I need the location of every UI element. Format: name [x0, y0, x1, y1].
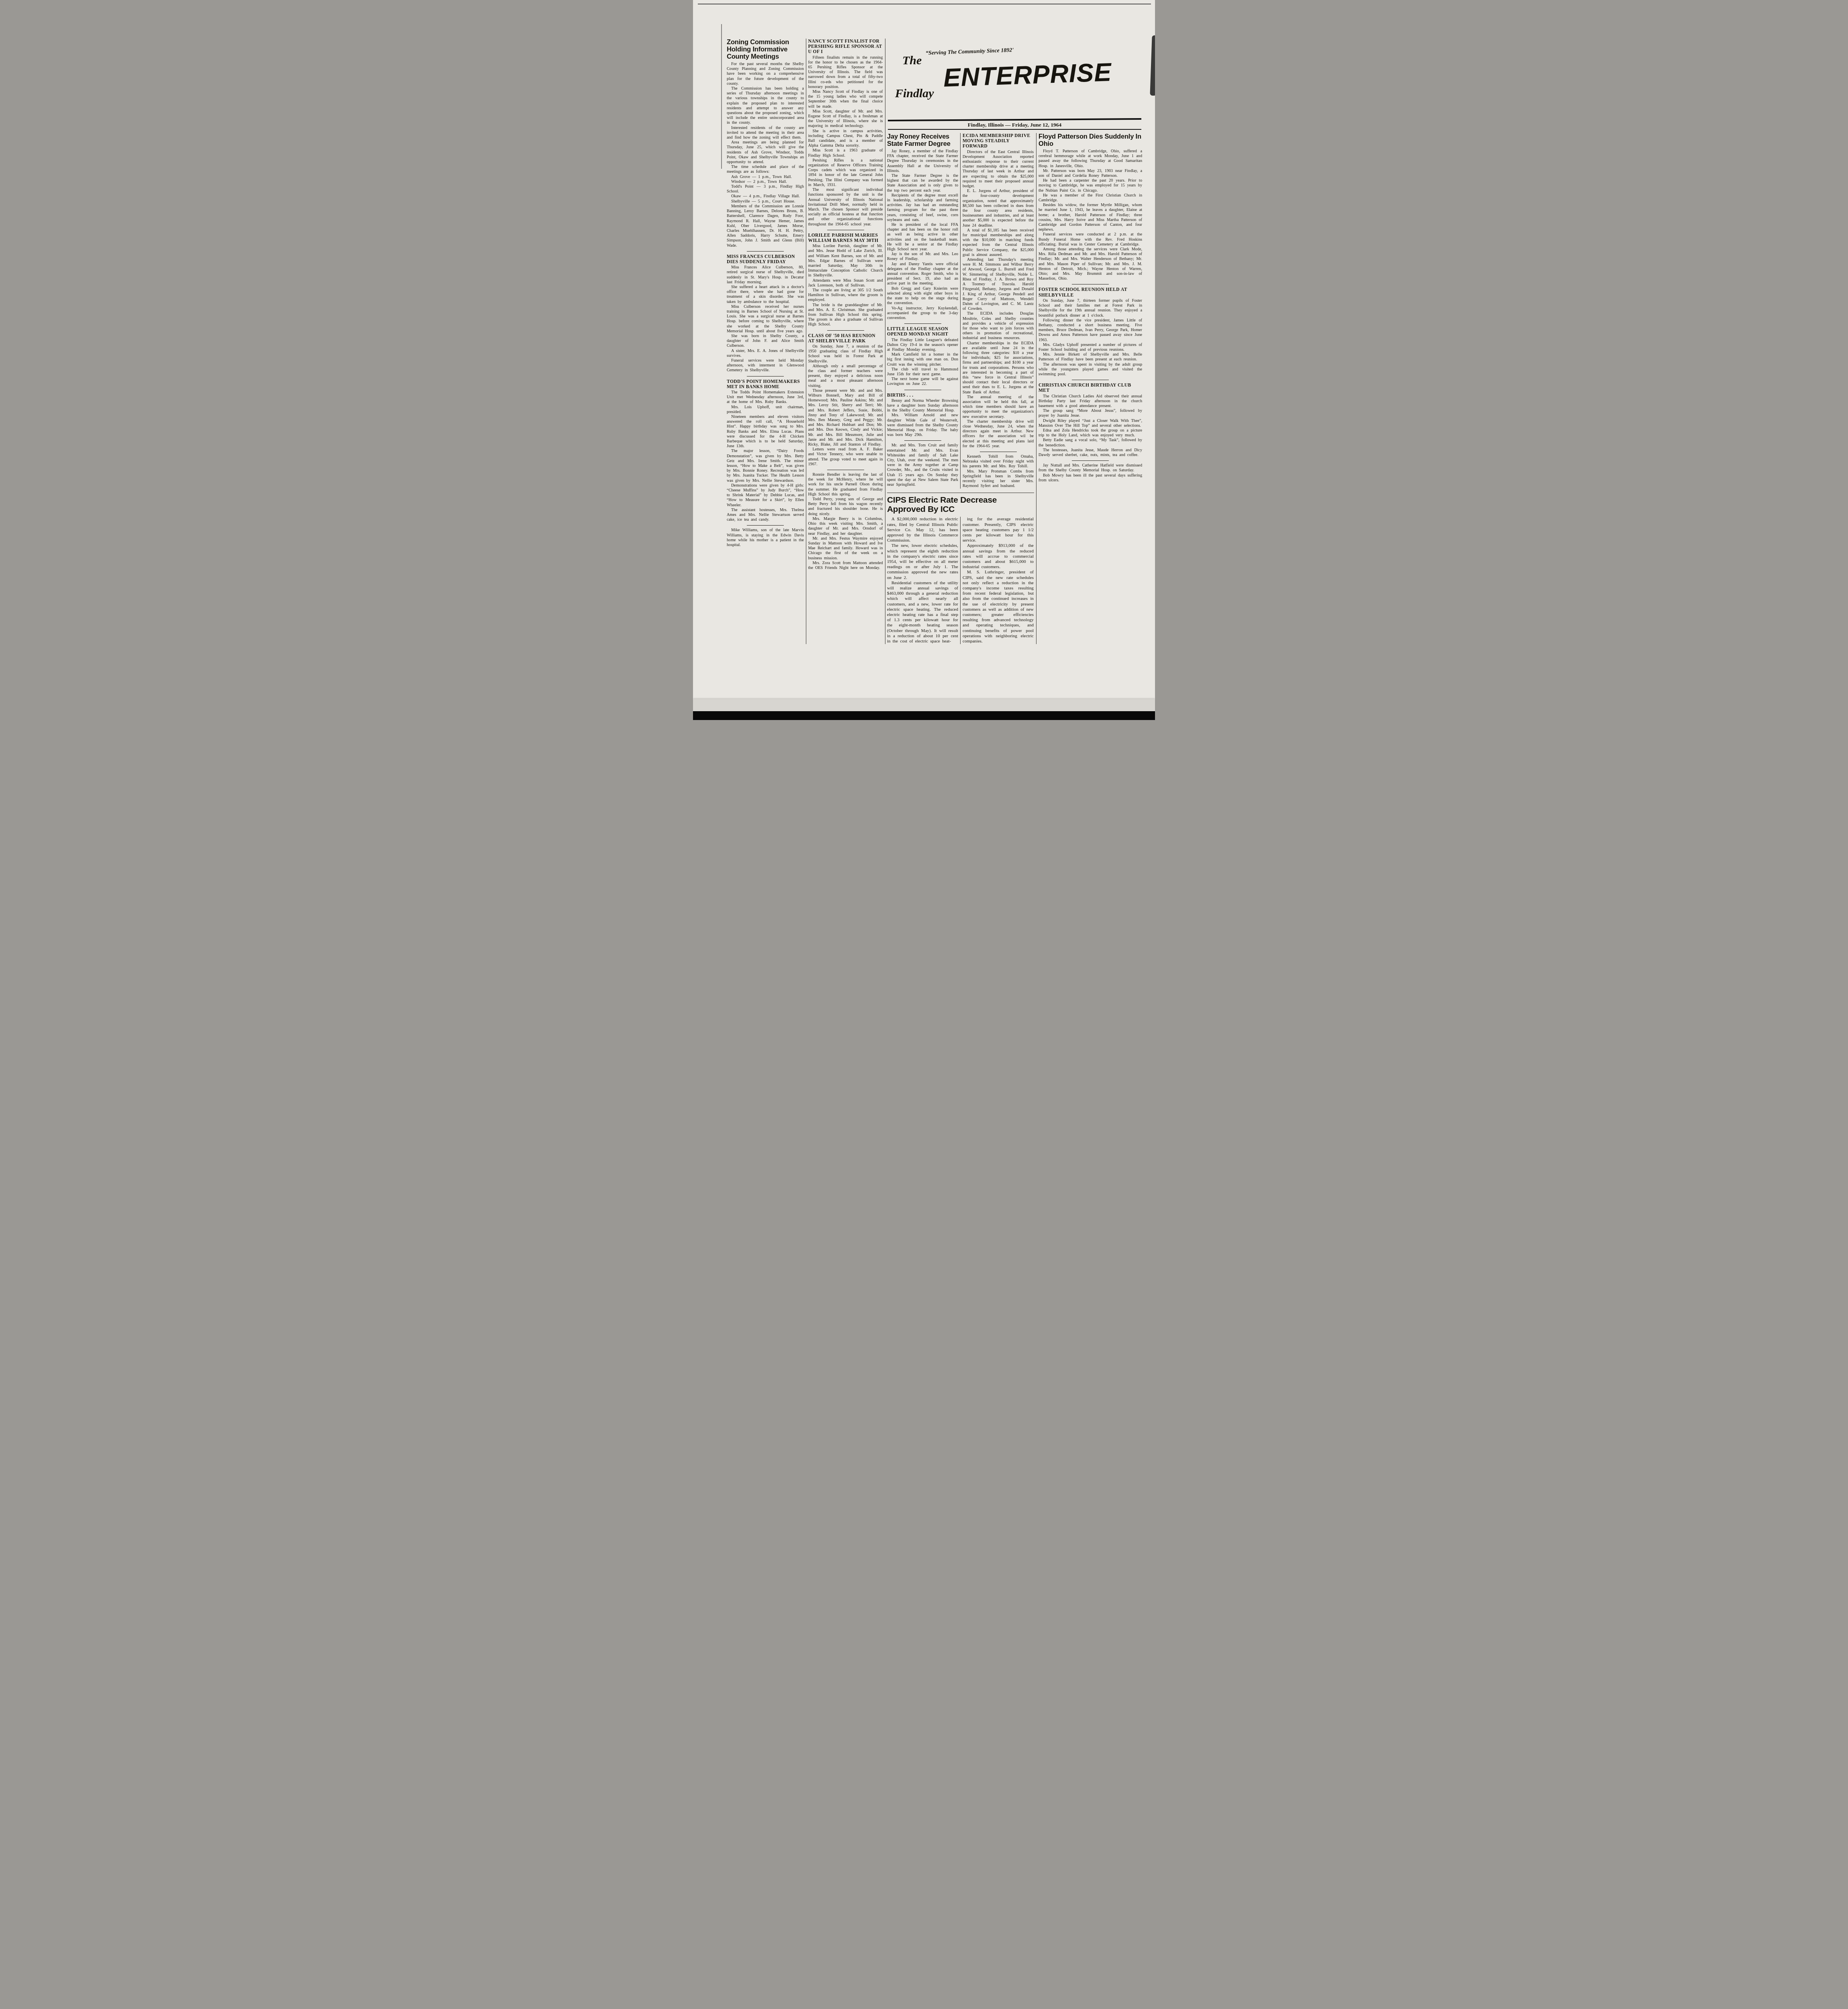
article-paragraph: She suffered a heart attack in a doctor'… [727, 285, 804, 305]
masthead-the: The [902, 54, 922, 68]
article: CHRISTIAN CHURCH BIRTHDAY CLUB METThe Ch… [1038, 383, 1142, 458]
article-paragraph: The Commission has been holding a series… [727, 86, 804, 126]
article-paragraph: She is active in campus activities, incl… [808, 129, 883, 149]
article-paragraph: Nineteen members and eleven visitors ans… [727, 415, 804, 449]
article-paragraph: E. L. Jurgens of Arthur, president of th… [963, 189, 1034, 228]
article-paragraph: Miss Lorilee Parrish, daughter of Mr. an… [808, 244, 883, 278]
cips-column-right: ing for the average residential customer… [963, 517, 1034, 644]
article: LITTLE LEAGUE SEASON OPENED MONDAY NIGHT… [887, 326, 958, 387]
scan-bottom-strip [693, 699, 1155, 711]
article-paragraph: Miss Nancy Scott of Findlay is one of th… [808, 90, 883, 109]
article-paragraph: For the past several months the Shelby C… [727, 62, 804, 86]
article-paragraph: Bob Gregg and Gary Knierim were selected… [887, 286, 958, 306]
article-paragraph: Mrs. Zora Scott from Mattoon attended th… [808, 561, 883, 571]
center-columns-row: Jay Roney Receives State Farmer DegreeJa… [887, 133, 1034, 489]
article: CLASS OF '50 HAS REUNION AT SHELBYVILLE … [808, 333, 883, 467]
scan-corner-smudge [1150, 35, 1155, 96]
right-columns: Jay Roney Receives State Farmer DegreeJa… [887, 133, 1142, 644]
cips-columns: A $2,000,000 reduction in electric rates… [887, 517, 1034, 644]
masthead-slogan: “Serving The Community Since 1892' [926, 46, 1046, 57]
article-paragraph: Among those attending the services were … [1038, 247, 1142, 281]
column-4: ECIDA MEMBERSHIP DRIVE MOVING STEADILY F… [963, 133, 1034, 489]
article: LORILEE PARRISH MARRIES WILLIAM BARNES M… [808, 233, 883, 327]
article-paragraph: Mike Williams, son of the late Marvin Wi… [727, 528, 804, 548]
article-separator [904, 390, 941, 390]
masthead-title: ENTERPRISE [943, 56, 1141, 92]
news-brief: A $2,000,000 reduction in electric rates… [887, 517, 958, 644]
article-headline: TODD'S POINT HOMEMAKERS MET IN BANKS HOM… [727, 379, 804, 389]
article-paragraph: Mrs. Margie Beery is in Columbus, Ohio t… [808, 517, 883, 536]
article-paragraph: Miss Scott, daughter of Mr. and Mrs. Eug… [808, 109, 883, 129]
article-paragraph: Bob Mowry has been ill the past several … [1038, 473, 1142, 483]
article-paragraph: Jay Nuttall and Mrs. Catherine Hatfield … [1038, 463, 1142, 473]
article-paragraph: Dwight Riley played “Just a Closer Walk … [1038, 419, 1142, 428]
article-paragraph: Vo-Ag instructor, Jerry Kuykendall, acco… [887, 306, 958, 321]
article-headline: Floyd Patterson Dies Suddenly In Ohio [1038, 133, 1142, 147]
article-paragraph: She was born in Shelby County, a daughte… [727, 334, 804, 349]
column-2: NANCY SCOTT FINALIST FOR PERSHING RIFLE … [808, 39, 883, 644]
masthead: “Serving The Community Since 1892' The F… [887, 39, 1142, 119]
article-paragraph: A total of $1,185 has been received for … [963, 228, 1034, 258]
article-paragraph: Ash Grove — 1 p.m., Town Hall. [727, 175, 804, 180]
article-paragraph: Ronnie Bendler is leaving the last of th… [808, 473, 883, 497]
article-paragraph: The next home game will be against Lovin… [887, 377, 958, 387]
article: Zoning Commission Holding Informative Co… [727, 39, 804, 248]
news-brief: Jay Nuttall and Mrs. Catherine Hatfield … [1038, 463, 1142, 483]
article: TODD'S POINT HOMEMAKERS MET IN BANKS HOM… [727, 379, 804, 523]
article-paragraph: The couple are living at 305 1/2 South H… [808, 288, 883, 303]
article-paragraph: The new, lower electric schedules, which… [887, 543, 958, 580]
article-paragraph: Benny and Norma Wheeler Browning have a … [887, 399, 958, 413]
article-headline: CLASS OF '50 HAS REUNION AT SHELBYVILLE … [808, 333, 883, 344]
article-separator [827, 330, 864, 331]
cips-article: CIPS Electric Rate Decrease Approved By … [887, 493, 1034, 644]
article-separator [747, 251, 784, 252]
article-paragraph: Approximately $913,000 of the annual sav… [963, 543, 1034, 570]
article-paragraph: Those present were Mr. and and Mrs. Wilb… [808, 389, 883, 447]
article-paragraph: Kenneth Tohill from Omaha, Nebraska visi… [963, 454, 1034, 469]
news-brief: Mike Williams, son of the late Marvin Wi… [727, 528, 804, 548]
article-paragraph: On Sunday, June 7, thirteen former pupil… [1038, 299, 1142, 318]
article-paragraph: Mrs. Mary Protsman Combs from Springfiel… [963, 469, 1034, 489]
column-divider [1036, 133, 1036, 644]
article: NANCY SCOTT FINALIST FOR PERSHING RIFLE … [808, 39, 883, 227]
article-headline: BIRTHS . . . [887, 393, 958, 398]
article-paragraph: He was a member of the First Christian C… [1038, 193, 1142, 203]
news-brief: ing for the average residential customer… [963, 517, 1034, 644]
article-headline: ECIDA MEMBERSHIP DRIVE MOVING STEADILY F… [963, 133, 1034, 149]
scan-bottom-band [693, 711, 1155, 720]
column-divider [960, 517, 961, 644]
article-paragraph: Mark Camfield hit a homer in the big fir… [887, 352, 958, 367]
article-paragraph: Interested residents of the county are i… [727, 126, 804, 141]
article-paragraph: The Christian Church Ladies Aid observed… [1038, 394, 1142, 409]
article-paragraph: Letters were read from A. F. Baker and V… [808, 447, 883, 467]
article-paragraph: Demonstrations were given by 4-H girls: … [727, 483, 804, 508]
right-region: “Serving The Community Since 1892' The F… [887, 39, 1142, 644]
article-paragraph: The Todds Point Homemakers Extension Uni… [727, 390, 804, 405]
article-paragraph: The hostesses, Juanita Jesse, Maude Herr… [1038, 448, 1142, 458]
article: MISS FRANCES CULBERSON DIES SUDDENLY FRI… [727, 254, 804, 373]
article-paragraph: Directors of the East Central Illinois D… [963, 150, 1034, 189]
article: ECIDA MEMBERSHIP DRIVE MOVING STEADILY F… [963, 133, 1034, 449]
column-divider [806, 39, 806, 644]
article-separator [980, 452, 1017, 452]
article-paragraph: The major lesson, “Dairy Foods Demonstat… [727, 449, 804, 483]
article-paragraph: Shelbyville — 5 p.m., Court House. [727, 199, 804, 204]
article-paragraph: Todd Perry, young son of George and Bett… [808, 497, 883, 517]
article-paragraph: Mrs. Lois Uphoff, unit chairman, preside… [727, 405, 804, 415]
article-paragraph: Members of the Commission are Lonnie Ban… [727, 204, 804, 248]
article-paragraph: The group sang “More About Jesus”, follo… [1038, 409, 1142, 418]
article-paragraph: On Sunday, June 7, a reunion of the 1950… [808, 344, 883, 364]
column-1: Zoning Commission Holding Informative Co… [727, 39, 804, 644]
article-paragraph: Recipients of the degree must excell in … [887, 193, 958, 223]
article-paragraph: Mrs. Gladys Uphoff presented a number of… [1038, 343, 1142, 352]
newspaper-page: Zoning Commission Holding Informative Co… [693, 0, 1155, 720]
article-paragraph: The time schedule and place of the meeti… [727, 165, 804, 174]
news-brief: Mr. and Mrs. Tom Cruit and family entert… [887, 443, 958, 487]
article-paragraph: Pershing Rifles is a national organizati… [808, 158, 883, 188]
article-paragraph: Mr. and Mrs. Tom Cruit and family entert… [887, 443, 958, 487]
news-brief: Kenneth Tohill from Omaha, Nebraska visi… [963, 454, 1034, 489]
article-paragraph: The Findlay Little Leaguer's defeated Da… [887, 338, 958, 353]
article-separator [747, 525, 784, 526]
article-paragraph: Fifteen finalists remain in the running … [808, 55, 883, 90]
article-headline: NANCY SCOTT FINALIST FOR PERSHING RIFLE … [808, 39, 883, 55]
article-paragraph: He is president of the local FFA chapter… [887, 223, 958, 252]
article-separator [827, 230, 864, 230]
cips-headline: CIPS Electric Rate Decrease Approved By … [887, 495, 1034, 514]
dateline: Findlay, Illinois — Friday, June 12, 196… [887, 122, 1142, 128]
article-paragraph: Edna and Zola Hendricks took the group o… [1038, 428, 1142, 438]
article-separator [1072, 284, 1109, 284]
article-paragraph: Funeral services were conducted at 2 p.m… [1038, 232, 1142, 247]
page-content: Zoning Commission Holding Informative Co… [727, 39, 1142, 644]
article-paragraph: Although only a small percentage of the … [808, 364, 883, 389]
article-paragraph: The assistant hostesses, Mrs. Thelma Ame… [727, 508, 804, 523]
article: FOSTER SCHOOL REUNION HELD AT SHELBYVILL… [1038, 287, 1142, 377]
article-headline: LITTLE LEAGUE SEASON OPENED MONDAY NIGHT [887, 326, 958, 337]
article-separator [747, 376, 784, 376]
article-paragraph: Following dinner the vice president, Jam… [1038, 318, 1142, 343]
article-headline: CHRISTIAN CHURCH BIRTHDAY CLUB MET [1038, 383, 1142, 393]
article-paragraph: Area meetings are being planned for Thur… [727, 140, 804, 165]
article-paragraph: Attendants were Miss Susan Scott and Jac… [808, 278, 883, 288]
column-3: Jay Roney Receives State Farmer DegreeJa… [887, 133, 958, 489]
article-headline: Zoning Commission Holding Informative Co… [727, 39, 804, 60]
center-columns: Jay Roney Receives State Farmer DegreeJa… [887, 133, 1034, 644]
article-paragraph: Besides his widow, the former Myrtle Mil… [1038, 203, 1142, 232]
article-separator [827, 470, 864, 470]
article-paragraph: He had been a carpenter the past 20 year… [1038, 178, 1142, 193]
article-paragraph: Okaw — 4 p.m., Findlay Village Hall. [727, 194, 804, 199]
article-paragraph: The State Farmer Degree is the highest t… [887, 174, 958, 193]
article-paragraph: Todd's Point — 3 p.m., Findlay High Scho… [727, 184, 804, 194]
article-paragraph: The charter membership drive will close … [963, 419, 1034, 449]
article-paragraph: Mr. Patterson was born May 23, 1903 near… [1038, 169, 1142, 178]
article: Jay Roney Receives State Farmer DegreeJa… [887, 133, 958, 321]
cips-column-left: A $2,000,000 reduction in electric rates… [887, 517, 958, 644]
article-headline: MISS FRANCES CULBERSON DIES SUDDENLY FRI… [727, 254, 804, 264]
article-paragraph: Mrs. William Arnold and new daughter Wil… [887, 413, 958, 438]
article-headline: LORILEE PARRISH MARRIES WILLIAM BARNES M… [808, 233, 883, 243]
article-paragraph: Mr. and Mrs. Festus Waymire enjoyed Sund… [808, 536, 883, 561]
article-paragraph: The bride is the granddaughter of Mr. an… [808, 303, 883, 327]
article-separator [1072, 380, 1109, 380]
article-paragraph: Charter memberships in the ECIDA are ava… [963, 341, 1034, 395]
article-paragraph: Residential customers of the utility wil… [887, 581, 958, 644]
article-paragraph: Floyd T. Patterson of Cambridge, Ohio, s… [1038, 149, 1142, 169]
article-paragraph: Jay Roney, a member of the Findlay FFA c… [887, 149, 958, 174]
article: BIRTHS . . .Benny and Norma Wheeler Brow… [887, 393, 958, 438]
article-paragraph: Betty Eadie sang a vocal solo, “My Task”… [1038, 438, 1142, 448]
article-paragraph: Funeral services were held Monday aftern… [727, 358, 804, 373]
column-divider [885, 39, 885, 644]
article: Floyd Patterson Dies Suddenly In OhioFlo… [1038, 133, 1142, 281]
article-paragraph: The most significant individual function… [808, 188, 883, 227]
scan-left-fold [721, 24, 722, 169]
article-paragraph: Miss Scott is a 1963 graduate of Findlay… [808, 148, 883, 158]
article-headline: FOSTER SCHOOL REUNION HELD AT SHELBYVILL… [1038, 287, 1142, 297]
masthead-rule-bottom [888, 129, 1141, 130]
article-separator [1072, 460, 1109, 461]
scan-top-edge [698, 4, 1151, 4]
article-paragraph: The ECIDA includes Douglas Moultrie, Col… [963, 311, 1034, 341]
article-paragraph: Mrs. Jennie Birkett of Shelbyville and M… [1038, 352, 1142, 362]
news-brief: Ronnie Bendler is leaving the last of th… [808, 473, 883, 571]
article-headline: Jay Roney Receives State Farmer Degree [887, 133, 958, 147]
article-paragraph: Windsor — 2 p.m., Town Hall. [727, 180, 804, 184]
article-paragraph: A sister, Mrs. E. A. Jones of Shelbyvill… [727, 349, 804, 358]
masthead-findlay: Findlay [895, 87, 934, 100]
article-separator [904, 323, 941, 324]
article-paragraph: Jay and Danny Yantis were official deleg… [887, 262, 958, 286]
article-separator [904, 440, 941, 441]
column-5: Floyd Patterson Dies Suddenly In OhioFlo… [1038, 133, 1142, 644]
article-paragraph: Attending last Thursday's meeting were H… [963, 258, 1034, 311]
article-paragraph: The afternoon was spent in visiting by t… [1038, 362, 1142, 377]
article-paragraph: M. S. Luthringer, president of CIPS, sai… [963, 570, 1034, 644]
article-paragraph: Miss Culberson received her nurses train… [727, 305, 804, 334]
article-paragraph: ing for the average residential customer… [963, 517, 1034, 543]
column-divider [960, 133, 961, 489]
article-paragraph: Jay is the son of Mr. and Mrs. Leo Roney… [887, 252, 958, 262]
article-paragraph: Miss Frances Alice Culberson, 80, retire… [727, 265, 804, 285]
article-paragraph: A $2,000,000 reduction in electric rates… [887, 517, 958, 543]
article-paragraph: The club will travel to Hammond June 15t… [887, 367, 958, 377]
article-paragraph: The annual meeting of the association wi… [963, 395, 1034, 419]
